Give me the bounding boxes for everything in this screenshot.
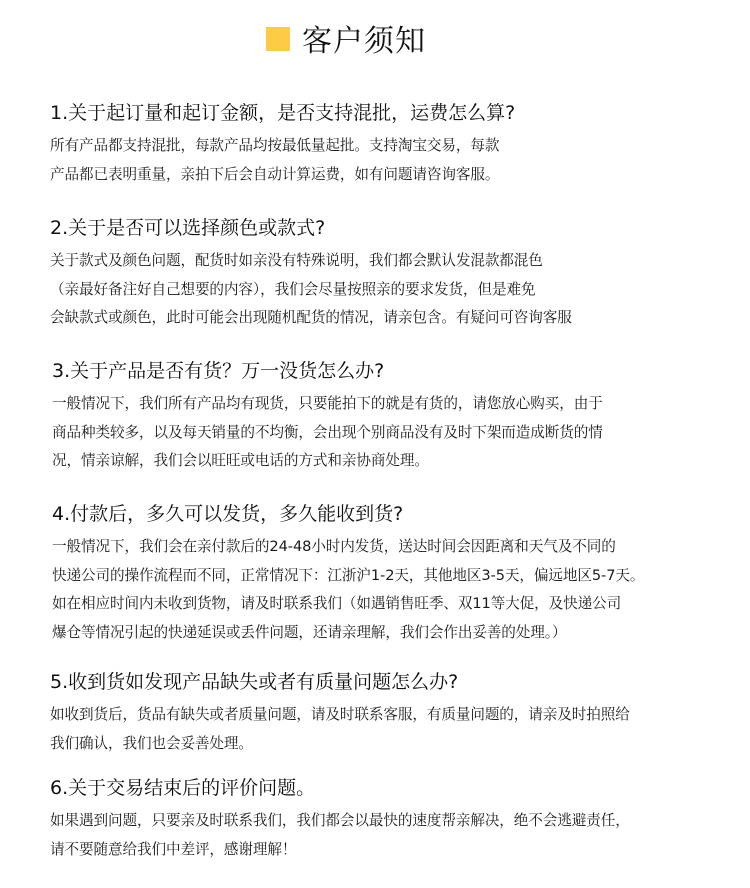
answer-line: 所有产品都支持混批，每款产品均按最低量起批。支持淘宝交易，每款 xyxy=(50,132,750,161)
faq-question: 6.关于交易结束后的评价问题。 xyxy=(50,775,750,801)
faq-answer: 一般情况下，我们所有产品均有现货，只要能拍下的就是有货的，请您放心购买，由于 商… xyxy=(52,390,750,476)
faq-answer: 一般情况下，我们会在亲付款后的24-48小时内发货，送达时间会因距离和天气及不同… xyxy=(52,533,750,647)
faq-section-5: 5.收到货如发现产品缺失或者有质量问题怎么办? 如收到货后，货品有缺失或者质量问… xyxy=(50,669,750,758)
faq-question: 2.关于是否可以选择颜色或款式? xyxy=(50,215,750,241)
faq-section-1: 1.关于起订量和起订金额，是否支持混批，运费怎么算? 所有产品都支持混批，每款产… xyxy=(50,100,750,189)
answer-line: 如果遇到问题，只要亲及时联系我们，我们都会以最快的速度帮亲解决，绝不会逃避责任， xyxy=(50,807,750,836)
faq-answer: 如收到货后，货品有缺失或者质量问题，请及时联系客服，有质量问题的，请亲及时拍照给… xyxy=(50,701,750,758)
answer-line: 产品都已表明重量，亲拍下后会自动计算运费，如有问题请咨询客服。 xyxy=(50,161,750,190)
answer-line: 快递公司的操作流程而不同，正常情况下：江浙沪1-2天，其他地区3-5天，偏远地区… xyxy=(52,562,750,591)
answer-line: 如在相应时间内未收到货物，请及时联系我们（如遇销售旺季、双11等大促，及快递公司 xyxy=(52,590,750,619)
faq-question: 4.付款后，多久可以发货，多久能收到货? xyxy=(52,501,750,527)
page-header: 客户须知 xyxy=(0,22,750,62)
faq-answer: 如果遇到问题，只要亲及时联系我们，我们都会以最快的速度帮亲解决，绝不会逃避责任，… xyxy=(50,807,750,864)
answer-line: 一般情况下，我们会在亲付款后的24-48小时内发货，送达时间会因距离和天气及不同… xyxy=(52,533,750,562)
faq-answer: 关于款式及颜色问题，配货时如亲没有特殊说明，我们都会默认发混款都混色 （亲最好备… xyxy=(50,247,750,333)
answer-line: 爆仓等情况引起的快递延误或丢件问题，还请亲理解，我们会作出妥善的处理。） xyxy=(52,619,750,648)
faq-section-4: 4.付款后，多久可以发货，多久能收到货? 一般情况下，我们会在亲付款后的24-4… xyxy=(52,501,750,647)
faq-section-2: 2.关于是否可以选择颜色或款式? 关于款式及颜色问题，配货时如亲没有特殊说明，我… xyxy=(50,215,750,333)
faq-question: 5.收到货如发现产品缺失或者有质量问题怎么办? xyxy=(50,669,750,695)
answer-line: 关于款式及颜色问题，配货时如亲没有特殊说明，我们都会默认发混款都混色 xyxy=(50,247,750,276)
faq-answer: 所有产品都支持混批，每款产品均按最低量起批。支持淘宝交易，每款 产品都已表明重量… xyxy=(50,132,750,189)
answer-line: 我们确认，我们也会妥善处理。 xyxy=(50,730,750,759)
faq-question: 3.关于产品是否有货？万一没货怎么办? xyxy=(52,358,750,384)
faq-section-3: 3.关于产品是否有货？万一没货怎么办? 一般情况下，我们所有产品均有现货，只要能… xyxy=(52,358,750,476)
title-accent-square-icon xyxy=(266,27,290,51)
answer-line: 况，情亲谅解，我们会以旺旺或电话的方式和亲协商处理。 xyxy=(52,447,750,476)
answer-line: 请不要随意给我们中差评，感谢理解！ xyxy=(50,836,750,865)
page-title: 客户须知 xyxy=(302,22,426,62)
faq-section-6: 6.关于交易结束后的评价问题。 如果遇到问题，只要亲及时联系我们，我们都会以最快… xyxy=(50,775,750,864)
answer-line: 会缺款式或颜色，此时可能会出现随机配货的情况，请亲包含。有疑问可咨询客服 xyxy=(50,304,750,333)
answer-line: 如收到货后，货品有缺失或者质量问题，请及时联系客服，有质量问题的，请亲及时拍照给 xyxy=(50,701,750,730)
answer-line: 一般情况下，我们所有产品均有现货，只要能拍下的就是有货的，请您放心购买，由于 xyxy=(52,390,750,419)
answer-line: 商品种类较多，以及每天销量的不均衡，会出现个别商品没有及时下架而造成断货的情 xyxy=(52,419,750,448)
answer-line: （亲最好备注好自己想要的内容），我们会尽量按照亲的要求发货，但是难免 xyxy=(50,276,750,305)
faq-question: 1.关于起订量和起订金额，是否支持混批，运费怎么算? xyxy=(50,100,750,126)
